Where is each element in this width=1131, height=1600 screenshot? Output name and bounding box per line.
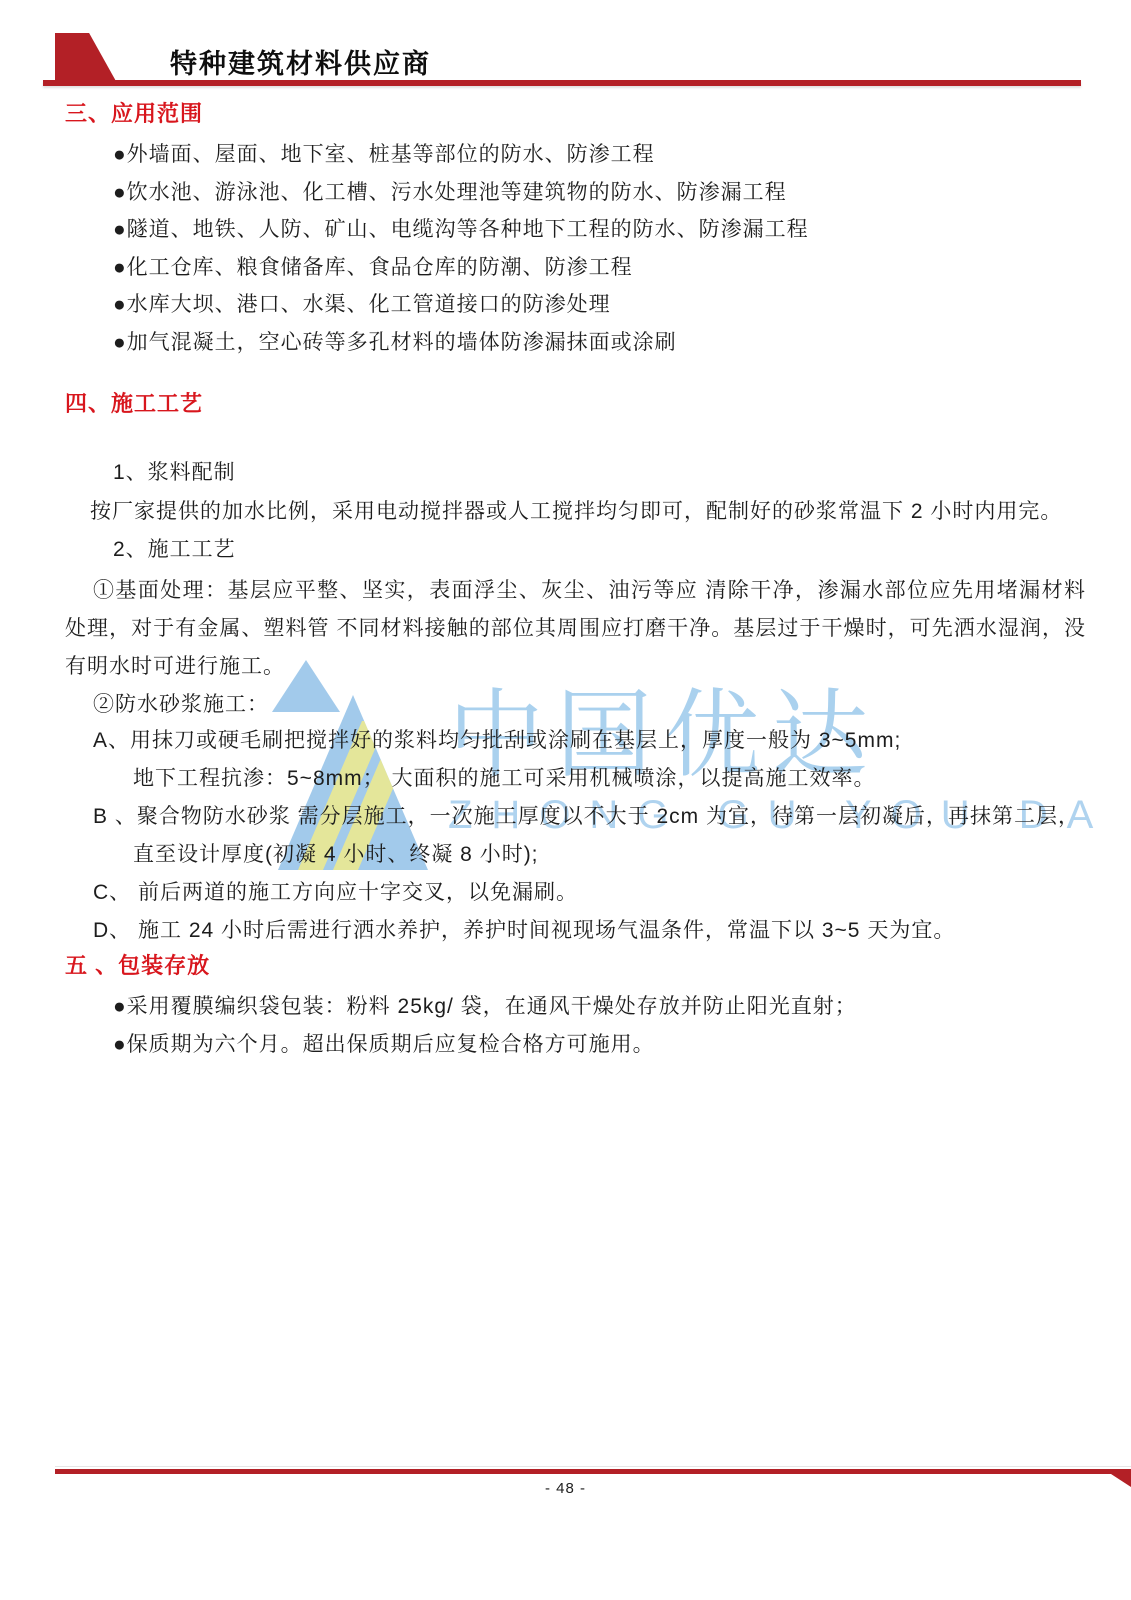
construction-item-a-line2: 地下工程抗渗：5~8mm； 大面积的施工可采用机械喷涂，以提高施工效率。 xyxy=(133,764,1131,794)
packaging-storage-list: ●采用覆膜编织袋包装：粉料 25kg/ 袋，在通风干燥处存放并防止阳光直射； ●… xyxy=(0,988,1131,1064)
construction-item-d: D、 施工 24 小时后需进行洒水养护，养护时间视现场气温条件，常温下以 3~5… xyxy=(93,916,1131,946)
footer-shadow-line xyxy=(55,1466,1131,1467)
mortar-construction-title: ②防水砂浆施工： xyxy=(93,690,1131,720)
footer-rule xyxy=(55,1469,1131,1474)
list-item: ●化工仓库、粮食储备库、食品仓库的防潮、防渗工程 xyxy=(113,249,1091,287)
construction-item-a-line1: A、用抹刀或硬毛刷把搅拌好的浆料均匀批刮或涂刷在基层上，厚度一般为 3~5mm; xyxy=(93,726,1131,756)
list-item: ●水库大坝、港口、水渠、化工管道接口的防渗处理 xyxy=(113,286,1091,324)
section-heading-application-scope: 三、应用范围 xyxy=(65,100,1131,128)
application-scope-list: ●外墙面、屋面、地下室、桩基等部位的防水、防渗工程 ●饮水池、游泳池、化工槽、污… xyxy=(0,136,1131,361)
document-page: 特种建筑材料供应商 中国优达 ZHONG GU YOU DA xyxy=(0,0,1131,1600)
list-item: ●外墙面、屋面、地下室、桩基等部位的防水、防渗工程 xyxy=(113,136,1091,174)
header-flag-decoration xyxy=(55,33,117,83)
step1-title: 1、浆料配制 xyxy=(113,458,1131,488)
construction-item-c: C、 前后两道的施工方向应十字交叉，以免漏刷。 xyxy=(93,878,1131,908)
construction-item-b-line2: 直至设计厚度(初凝 4 小时、终凝 8 小时); xyxy=(133,840,1131,870)
list-item: ●保质期为六个月。超出保质期后应复检合格方可施用。 xyxy=(113,1026,1091,1064)
list-item: ●饮水池、游泳池、化工槽、污水处理池等建筑物的防水、防渗漏工程 xyxy=(113,174,1091,212)
construction-item-b-line1: B 、聚合物防水砂浆 需分层施工，一次施工厚度以不大于 2cm 为宜，待第一层初… xyxy=(93,802,1131,832)
header-rule xyxy=(43,80,1081,86)
section-heading-packaging-storage: 五 、包装存放 xyxy=(65,952,1131,980)
list-item: ●采用覆膜编织袋包装：粉料 25kg/ 袋，在通风干燥处存放并防止阳光直射； xyxy=(113,988,1091,1026)
base-treatment-paragraph: ①基面处理：基层应平整、坚实，表面浮尘、灰尘、油污等应 清除干净，渗漏水部位应先… xyxy=(65,572,1086,686)
page-title: 特种建筑材料供应商 xyxy=(170,42,431,81)
list-item: ●加气混凝土，空心砖等多孔材料的墙体防渗漏抹面或涂刷 xyxy=(113,324,1091,362)
page-content: 三、应用范围 ●外墙面、屋面、地下室、桩基等部位的防水、防渗工程 ●饮水池、游泳… xyxy=(0,96,1131,1064)
step2-title: 2、施工工艺 xyxy=(113,535,1131,565)
list-item: ●隧道、地铁、人防、矿山、电缆沟等各种地下工程的防水、防渗漏工程 xyxy=(113,211,1091,249)
step1-body: 按厂家提供的加水比例，采用电动搅拌器或人工搅拌均匀即可，配制好的砂浆常温下 2 … xyxy=(90,497,1131,527)
page-number: - 48 - xyxy=(0,1480,1131,1497)
section-heading-construction-process: 四、施工工艺 xyxy=(65,390,1131,418)
